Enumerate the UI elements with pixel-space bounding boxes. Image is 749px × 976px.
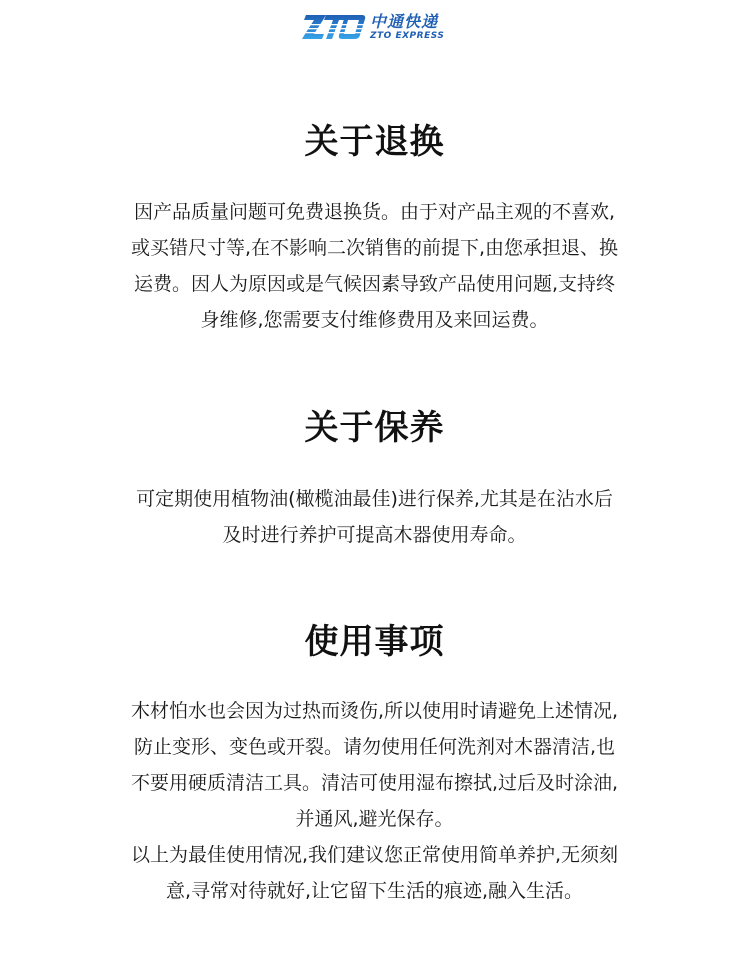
text-line: 身维修,您需要支付维修费用及来回运费。 [115, 302, 635, 338]
text-line: 木材怕水也会因为过热而烫伤,所以使用时请避免上述情况, [115, 693, 635, 729]
text-line: 可定期使用植物油(橄榄油最佳)进行保养,尤其是在沾水后 [115, 481, 635, 517]
section-title: 关于保养 [0, 400, 749, 449]
section-usage-notes: 使用事项 [0, 614, 749, 663]
logo-name-cn: 中通快递 [370, 14, 444, 30]
text-line: 以上为最佳使用情况,我们建议您正常使用简单养护,无须刻 [115, 837, 635, 873]
usage-paragraph: 木材怕水也会因为过热而烫伤,所以使用时请避免上述情况, 防止变形、变色或开裂。请… [0, 693, 749, 909]
text-line: 运费。因人为原因或是气候因素导致产品使用问题,支持终 [115, 266, 635, 302]
text-line: 防止变形、变色或开裂。请勿使用任何洗剂对木器清洁,也 [115, 729, 635, 765]
section-maintenance: 关于保养 [0, 400, 749, 449]
section-title: 关于退换 [0, 114, 749, 163]
zto-express-logo: 中通快递 ZTO EXPRESS [302, 10, 444, 44]
maintenance-paragraph: 可定期使用植物油(橄榄油最佳)进行保养,尤其是在沾水后 及时进行养护可提高木器使… [0, 481, 749, 553]
zto-logo-mark-icon [302, 12, 366, 42]
text-line: 因产品质量问题可免费退换货。由于对产品主观的不喜欢, [115, 194, 635, 230]
text-line: 及时进行养护可提高木器使用寿命。 [115, 517, 635, 553]
logo-name-en: ZTO EXPRESS [370, 32, 444, 41]
returns-paragraph: 因产品质量问题可免费退换货。由于对产品主观的不喜欢, 或买错尺寸等,在不影响二次… [0, 194, 749, 338]
section-returns: 关于退换 [0, 114, 749, 163]
text-line: 并通风,避光保存。 [115, 801, 635, 837]
section-title: 使用事项 [0, 614, 749, 663]
text-line: 或买错尺寸等,在不影响二次销售的前提下,由您承担退、换 [115, 230, 635, 266]
text-line: 不要用硬质清洁工具。清洁可使用湿布擦拭,过后及时涂油, [115, 765, 635, 801]
text-line: 意,寻常对待就好,让它留下生活的痕迹,融入生活。 [115, 873, 635, 909]
